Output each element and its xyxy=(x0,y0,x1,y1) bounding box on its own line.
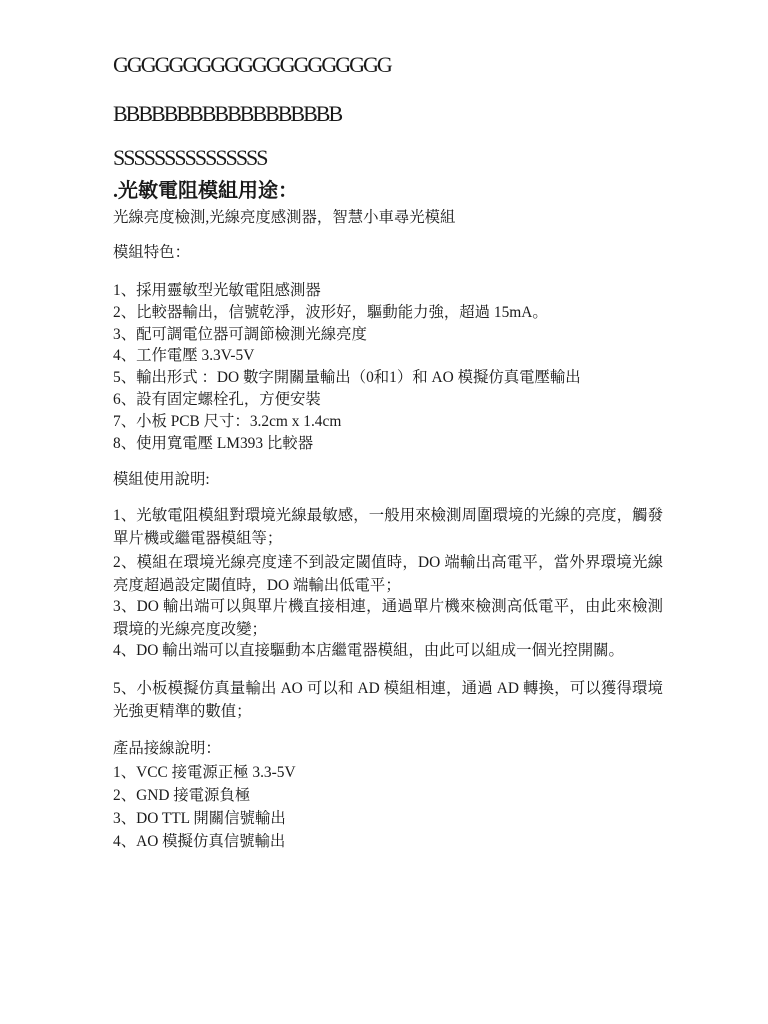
subtitle: 光線亮度檢測,光線亮度感測器，智慧小車尋光模組 xyxy=(113,207,663,230)
usage-paragraph: 4、DO 輸出端可以直接驅動本店繼電器模組，由此可以組成一個光控開關。 xyxy=(113,640,663,663)
usage-paragraph: 5、小板模擬仿真量輸出 AO 可以和 AD 模組相連，通過 AD 轉換，可以獲得… xyxy=(113,678,663,723)
page-title: .光敏電阻模組用途： xyxy=(113,178,663,204)
document-page: GGGGGGGGGGGGGGGGGGGG BBBBBBBBBBBBBBBBBB … xyxy=(0,0,768,1024)
usage-paragraph: 2、模組在環境光線亮度達不到設定閾值時，DO 端輸出高電平，當外界環境光線亮度超… xyxy=(113,552,663,597)
filler-line-g: GGGGGGGGGGGGGGGGGGGG xyxy=(113,53,663,77)
usage-paragraph: 3、DO 輸出端可以與單片機直接相連，通過單片機來檢測高低電平，由此來檢測環境的… xyxy=(113,596,663,641)
feature-item: 8、使用寬電壓 LM393 比較器 xyxy=(113,433,663,455)
wiring-item: 4、AO 模擬仿真信號輸出 xyxy=(113,830,663,853)
usage-paragraph: 1、光敏電阻模組對環境光線最敏感，一般用來檢測周圍環境的光線的亮度，觸發單片機或… xyxy=(113,505,663,550)
features-list: 1、採用靈敏型光敏電阻感測器 2、比較器輸出，信號乾淨，波形好，驅動能力強，超過… xyxy=(113,280,663,454)
filler-line-b: BBBBBBBBBBBBBBBBBB xyxy=(113,102,663,126)
feature-item: 6、設有固定螺栓孔，方便安裝 xyxy=(113,389,663,411)
features-heading: 模組特色： xyxy=(113,242,663,265)
wiring-item: 1、VCC 接電源正極 3.3-5V xyxy=(113,761,663,784)
wiring-item: 2、GND 接電源負極 xyxy=(113,784,663,807)
feature-item: 5、輸出形式 ：DO 數字開關量輸出（0和1）和 AO 模擬仿真電壓輸出 xyxy=(113,367,663,389)
feature-item: 2、比較器輸出，信號乾淨，波形好，驅動能力強，超過 15mA。 xyxy=(113,302,663,324)
wiring-item: 3、DO TTL 開關信號輸出 xyxy=(113,807,663,830)
wiring-heading: 產品接線說明： xyxy=(113,738,663,761)
usage-heading: 模組使用說明: xyxy=(113,469,663,492)
feature-item: 3、配可調電位器可調節檢測光線亮度 xyxy=(113,324,663,346)
feature-item: 7、小板 PCB 尺寸：3.2cm x 1.4cm xyxy=(113,411,663,433)
filler-line-s: SSSSSSSSSSSSSSS xyxy=(113,146,663,170)
feature-item: 4、工作電壓 3.3V-5V xyxy=(113,345,663,367)
wiring-list: 1、VCC 接電源正極 3.3-5V 2、GND 接電源負極 3、DO TTL … xyxy=(113,761,663,853)
feature-item: 1、採用靈敏型光敏電阻感測器 xyxy=(113,280,663,302)
